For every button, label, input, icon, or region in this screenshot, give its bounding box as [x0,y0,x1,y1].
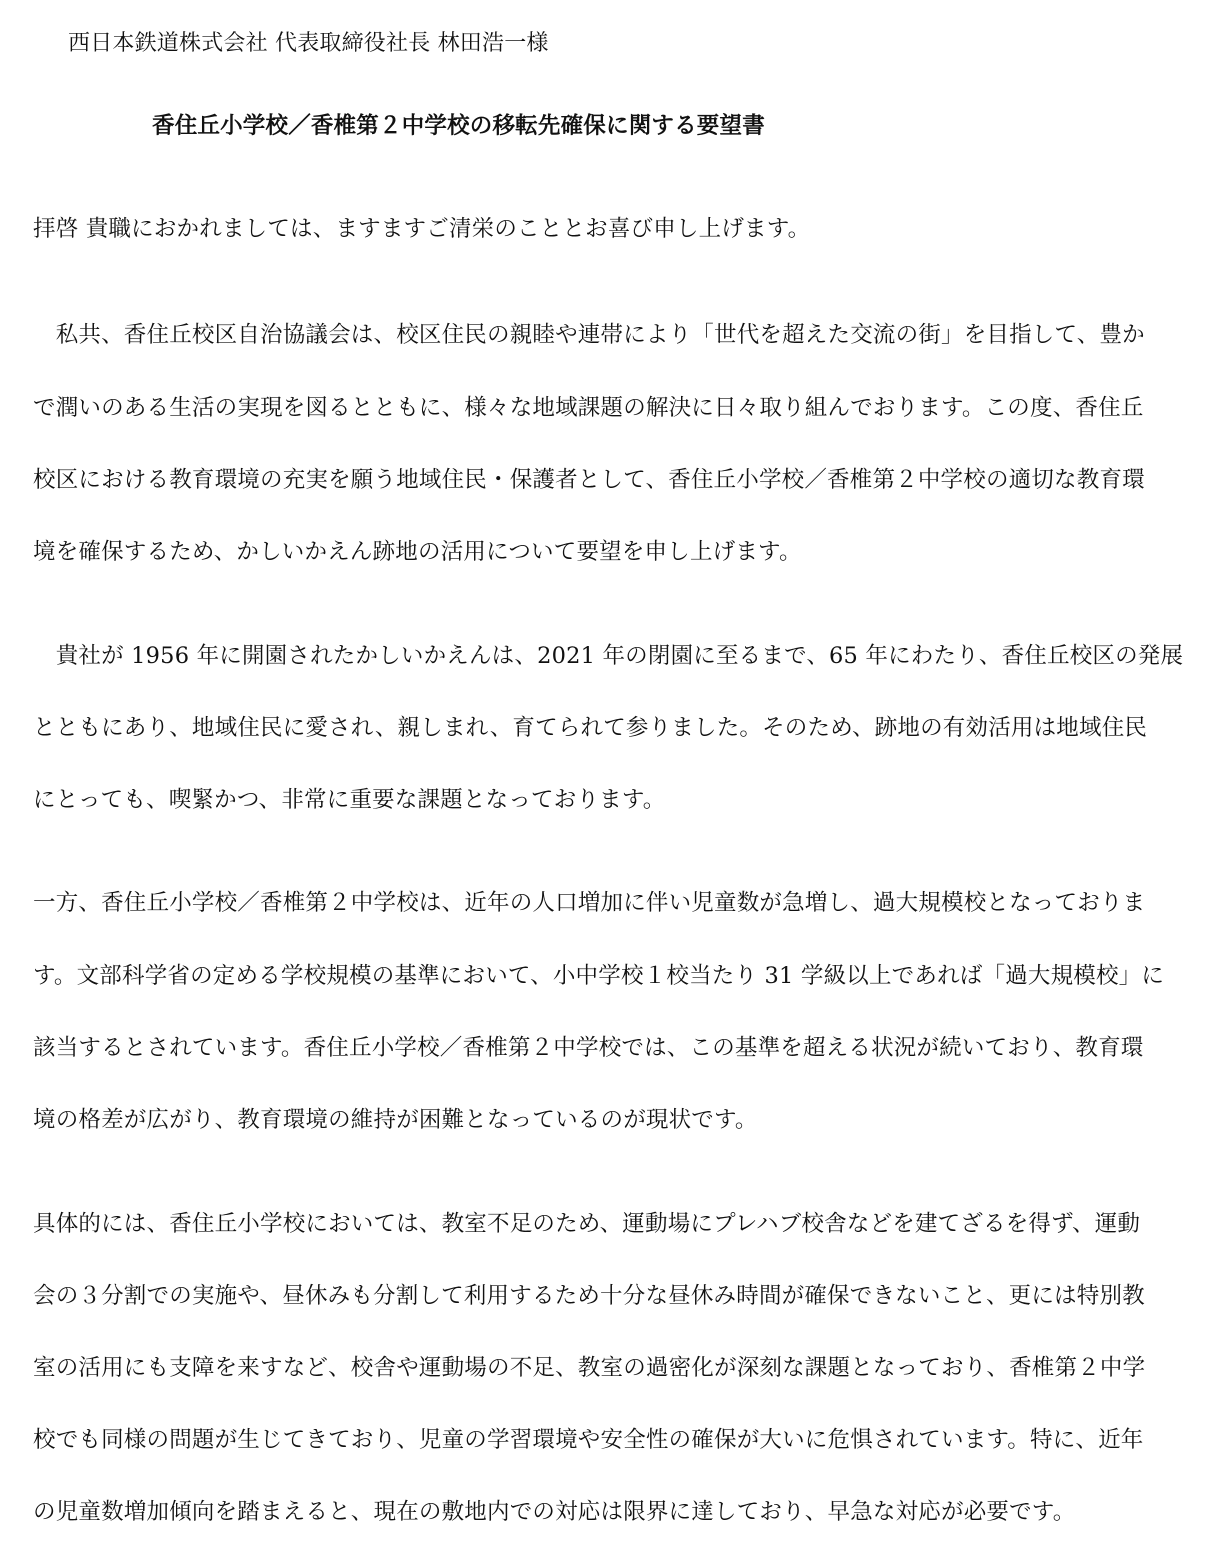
paragraph-line: 一方、香住丘小学校／香椎第２中学校は、近年の人口増加に伴い児童数が急増し、過大規… [33,888,1145,918]
paragraph-line: す。文部科学省の定める学校規模の基準において、小中学校１校当たり 31 学級以上… [33,961,1164,991]
paragraph-line: で潤いのある生活の実現を図るとともに、様々な地域課題の解決に日々取り組んでおりま… [33,393,1144,423]
paragraph-line: 貴社が 1956 年に開園されたかしいかえんは、2021 年の閉園に至るまで、6… [33,641,1183,671]
paragraph-line: の児童数増加傾向を踏まえると、現在の敷地内での対応は限界に達しており、早急な対応… [33,1497,1075,1527]
paragraph-line: 私共、香住丘校区自治協議会は、校区住民の親睦や連帯により「世代を超えた交流の街」… [33,320,1145,350]
paragraph-line: 境を確保するため、かしいかえん跡地の活用について要望を申し上げます。 [33,537,802,567]
paragraph-line: 境の格差が広がり、教育環境の維持が困難となっているのが現状です。 [33,1105,758,1135]
addressee: 西日本鉄道株式会社 代表取締役社長 林田浩一様 [68,29,549,59]
paragraph-line: 校区における教育環境の充実を願う地域住民・保護者として、香住丘小学校／香椎第２中… [33,465,1145,495]
document-title: 香住丘小学校／香椎第２中学校の移転先確保に関する要望書 [152,111,765,141]
paragraph-line: 校でも同様の問題が生じてきており、児童の学習環境や安全性の確保が大いに危惧されて… [33,1425,1144,1455]
paragraph-line: 該当するとされています。香住丘小学校／香椎第２中学校では、この基準を超える状況が… [33,1033,1144,1063]
paragraph-line: とともにあり、地域住民に愛され、親しまれ、育てられて参りました。そのため、跡地の… [33,713,1147,743]
paragraph-line: 室の活用にも支障を来すなど、校舎や運動場の不足、教室の過密化が深刻な課題となって… [33,1353,1145,1383]
paragraph-line: 会の３分割での実施や、昼休みも分割して利用するため十分な昼休み時間が確保できない… [33,1281,1145,1311]
paragraph-line: 具体的には、香住丘小学校においては、教室不足のため、運動場にプレハブ校舎などを建… [33,1209,1140,1239]
paragraph-line: にとっても、喫緊かつ、非常に重要な課題となっております。 [33,785,665,815]
greeting: 拝啓 貴職におかれましては、ますますご清栄のこととお喜び申し上げます。 [33,214,810,244]
